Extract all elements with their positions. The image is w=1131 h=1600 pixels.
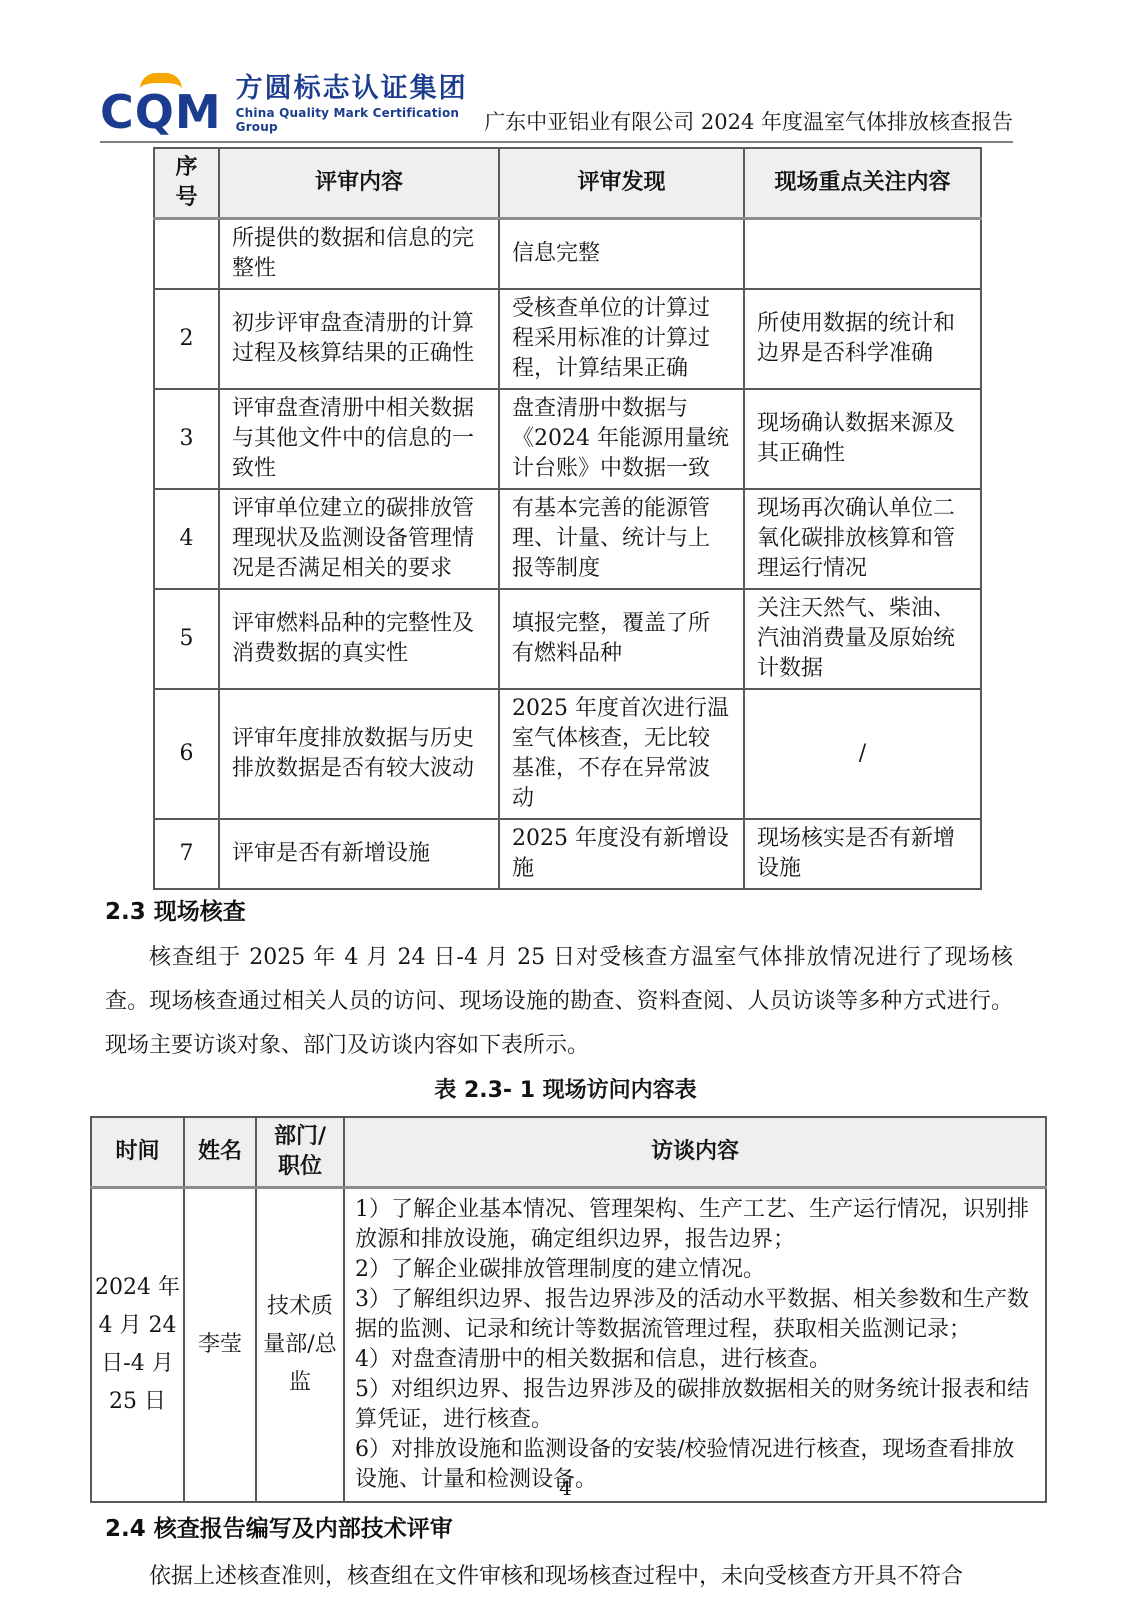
cell-finding: 盘查清册中数据与《2024 年能源用量统计台账》中数据一致 — [499, 389, 744, 489]
cell-content: 评审燃料品种的完整性及消费数据的真实性 — [219, 589, 499, 689]
visit-row: 2024 年 4 月 24 日-4 月 25 日 李莹 技术质量部/总监 1）了… — [91, 1188, 1046, 1503]
cell-content: 评审是否有新增设施 — [219, 819, 499, 889]
cell-content: 所提供的数据和信息的完整性 — [219, 219, 499, 290]
col-header-focus: 现场重点关注内容 — [744, 148, 981, 219]
cell-no: 7 — [154, 819, 219, 889]
cell-interview-content: 1）了解企业基本情况、管理架构、生产工艺、生产运行情况，识别排放源和排放设施，确… — [344, 1188, 1046, 1503]
cell-name: 李莹 — [184, 1188, 256, 1503]
cell-no: 2 — [154, 289, 219, 389]
cell-content: 评审单位建立的碳排放管理现状及监测设备管理情况是否满足相关的要求 — [219, 489, 499, 589]
cell-focus — [744, 219, 981, 290]
cell-focus: 关注天然气、柴油、汽油消费量及原始统计数据 — [744, 589, 981, 689]
cqm-logo: CQM 方圆标志认证集团 China Quality Mark Certific… — [100, 73, 484, 135]
col-header-no: 序号 — [154, 148, 219, 219]
review-row: 6 评审年度排放数据与历史排放数据是否有较大波动 2025 年度首次进行温室气体… — [154, 689, 981, 819]
logo-arc-icon — [140, 73, 182, 89]
review-row: 5 评审燃料品种的完整性及消费数据的真实性 填报完整，覆盖了所有燃料品种 关注天… — [154, 589, 981, 689]
interview-item: 5）对组织边界、报告边界涉及的碳排放数据相关的财务统计报表和结算凭证，进行核查。 — [355, 1375, 1035, 1435]
col-header-name: 姓名 — [184, 1117, 256, 1188]
review-row: 3 评审盘查清册中相关数据与其他文件中的信息的一致性 盘查清册中数据与《2024… — [154, 389, 981, 489]
logo-name-en: China Quality Mark Certification Group — [236, 106, 485, 134]
col-header-dept: 部门/职位 — [256, 1117, 344, 1188]
cell-finding: 填报完整，覆盖了所有燃料品种 — [499, 589, 744, 689]
cell-finding: 有基本完善的能源管理、计量、统计与上报等制度 — [499, 489, 744, 589]
interview-item: 3）了解组织边界、报告边界涉及的活动水平数据、相关参数和生产数据的监测、记录和统… — [355, 1285, 1035, 1345]
visit-header-row: 时间 姓名 部门/职位 访谈内容 — [91, 1117, 1046, 1188]
cell-no: 5 — [154, 589, 219, 689]
page-header: CQM 方圆标志认证集团 China Quality Mark Certific… — [100, 0, 1013, 143]
review-row: 4 评审单位建立的碳排放管理现状及监测设备管理情况是否满足相关的要求 有基本完善… — [154, 489, 981, 589]
cell-finding: 受核查单位的计算过程采用标准的计算过程，计算结果正确 — [499, 289, 744, 389]
logo-name-cn: 方圆标志认证集团 — [236, 74, 485, 104]
cell-focus: 所使用数据的统计和边界是否科学准确 — [744, 289, 981, 389]
cell-content: 评审盘查清册中相关数据与其他文件中的信息的一致性 — [219, 389, 499, 489]
section-2-3-heading: 2.3 现场核查 — [105, 896, 1131, 928]
cell-no: 6 — [154, 689, 219, 819]
cell-focus: 现场确认数据来源及其正确性 — [744, 389, 981, 489]
section-2-3-paragraph: 核查组于 2025 年 4 月 24 日-4 月 25 日对受核查方温室气体排放… — [105, 936, 1013, 1068]
cell-finding: 2025 年度没有新增设施 — [499, 819, 744, 889]
cell-focus: 现场再次确认单位二氧化碳排放核算和管理运行情况 — [744, 489, 981, 589]
logo-text: 方圆标志认证集团 China Quality Mark Certificatio… — [236, 74, 485, 134]
col-header-content: 评审内容 — [219, 148, 499, 219]
cell-time: 2024 年 4 月 24 日-4 月 25 日 — [91, 1188, 184, 1503]
review-row: 2 初步评审盘查清册的计算过程及核算结果的正确性 受核查单位的计算过程采用标准的… — [154, 289, 981, 389]
section-2-4-heading: 2.4 核查报告编写及内部技术评审 — [105, 1513, 1131, 1545]
col-header-time: 时间 — [91, 1117, 184, 1188]
cell-finding: 2025 年度首次进行温室气体核查，无比较基准，不存在异常波动 — [499, 689, 744, 819]
report-page: CQM 方圆标志认证集团 China Quality Mark Certific… — [0, 0, 1131, 1600]
page-number: 4 — [0, 1476, 1131, 1500]
cell-dept: 技术质量部/总监 — [256, 1188, 344, 1503]
cell-no — [154, 219, 219, 290]
col-header-interview: 访谈内容 — [344, 1117, 1046, 1188]
review-row: 7 评审是否有新增设施 2025 年度没有新增设施 现场核实是否有新增设施 — [154, 819, 981, 889]
cqm-logo-mark: CQM — [100, 73, 222, 135]
interview-item: 1）了解企业基本情况、管理架构、生产工艺、生产运行情况，识别排放源和排放设施，确… — [355, 1195, 1035, 1255]
cell-content: 初步评审盘查清册的计算过程及核算结果的正确性 — [219, 289, 499, 389]
cell-focus: 现场核实是否有新增设施 — [744, 819, 981, 889]
visit-table-caption: 表 2.3- 1 现场访问内容表 — [0, 1076, 1131, 1106]
cell-content: 评审年度排放数据与历史排放数据是否有较大波动 — [219, 689, 499, 819]
section-2-4-paragraph: 依据上述核查准则，核查组在文件审核和现场核查过程中，未向受核查方开具不符合 — [105, 1555, 1013, 1599]
cell-no: 3 — [154, 389, 219, 489]
interview-item: 4）对盘查清册中的相关数据和信息，进行核查。 — [355, 1345, 1035, 1375]
cell-no: 4 — [154, 489, 219, 589]
review-row: 所提供的数据和信息的完整性 信息完整 — [154, 219, 981, 290]
review-findings-table: 序号 评审内容 评审发现 现场重点关注内容 所提供的数据和信息的完整性 信息完整… — [153, 147, 982, 890]
interview-item: 2）了解企业碳排放管理制度的建立情况。 — [355, 1255, 1035, 1285]
logo-acronym: CQM — [100, 85, 222, 139]
cell-focus: / — [744, 689, 981, 819]
document-title: 广东中亚铝业有限公司 2024 年度温室气体排放核查报告 — [484, 107, 1013, 137]
review-header-row: 序号 评审内容 评审发现 现场重点关注内容 — [154, 148, 981, 219]
col-header-finding: 评审发现 — [499, 148, 744, 219]
cell-finding: 信息完整 — [499, 219, 744, 290]
site-visit-table: 时间 姓名 部门/职位 访谈内容 2024 年 4 月 24 日-4 月 25 … — [90, 1116, 1047, 1503]
